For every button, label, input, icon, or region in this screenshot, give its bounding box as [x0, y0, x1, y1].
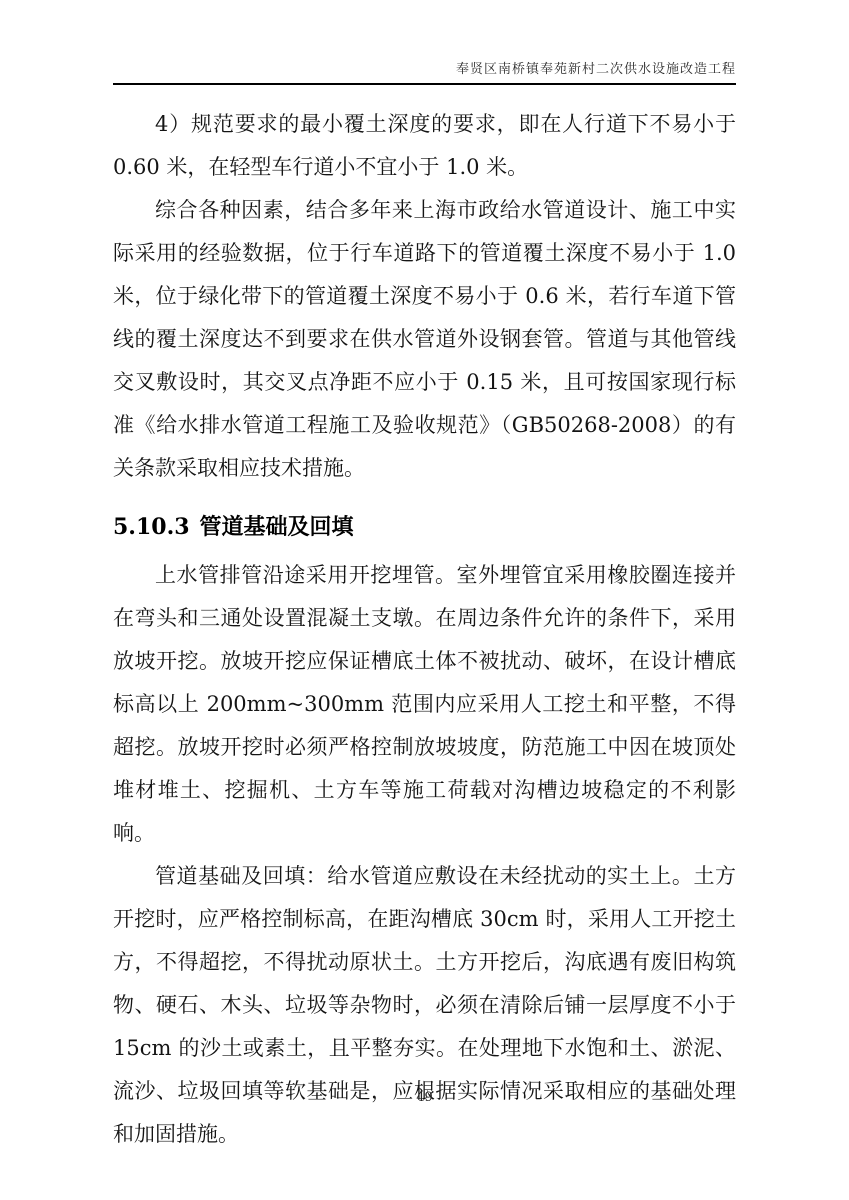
document-body: 4）规范要求的最小覆土深度的要求，即在人行道下不易小于 0.60 米，在轻型车行… [113, 103, 736, 1156]
section-heading: 5.10.3管道基础及回填 [113, 511, 736, 544]
section-number: 5.10.3 [113, 514, 190, 540]
page-footer: 49 [0, 1090, 849, 1105]
page-number: 49 [416, 1090, 433, 1105]
paragraph-experience-data: 综合各种因素，结合多年来上海市政给水管道设计、施工中实际采用的经验数据，位于行车… [113, 189, 736, 490]
page-header: 奉贤区南桥镇奉苑新村二次供水设施改造工程 [113, 58, 736, 85]
paragraph-foundation-backfill: 管道基础及回填：给水管道应敷设在未经扰动的实土上。土方开挖时，应严格控制标高，在… [113, 855, 736, 1156]
paragraph-min-cover-depth: 4）规范要求的最小覆土深度的要求，即在人行道下不易小于 0.60 米，在轻型车行… [113, 103, 736, 189]
section-title: 管道基础及回填 [199, 514, 353, 540]
header-title: 奉贤区南桥镇奉苑新村二次供水设施改造工程 [456, 62, 736, 77]
paragraph-excavation: 上水管排管沿途采用开挖埋管。室外埋管宜采用橡胶圈连接并在弯头和三通处设置混凝土支… [113, 554, 736, 855]
document-page: 奉贤区南桥镇奉苑新村二次供水设施改造工程 4）规范要求的最小覆土深度的要求，即在… [0, 0, 849, 1200]
